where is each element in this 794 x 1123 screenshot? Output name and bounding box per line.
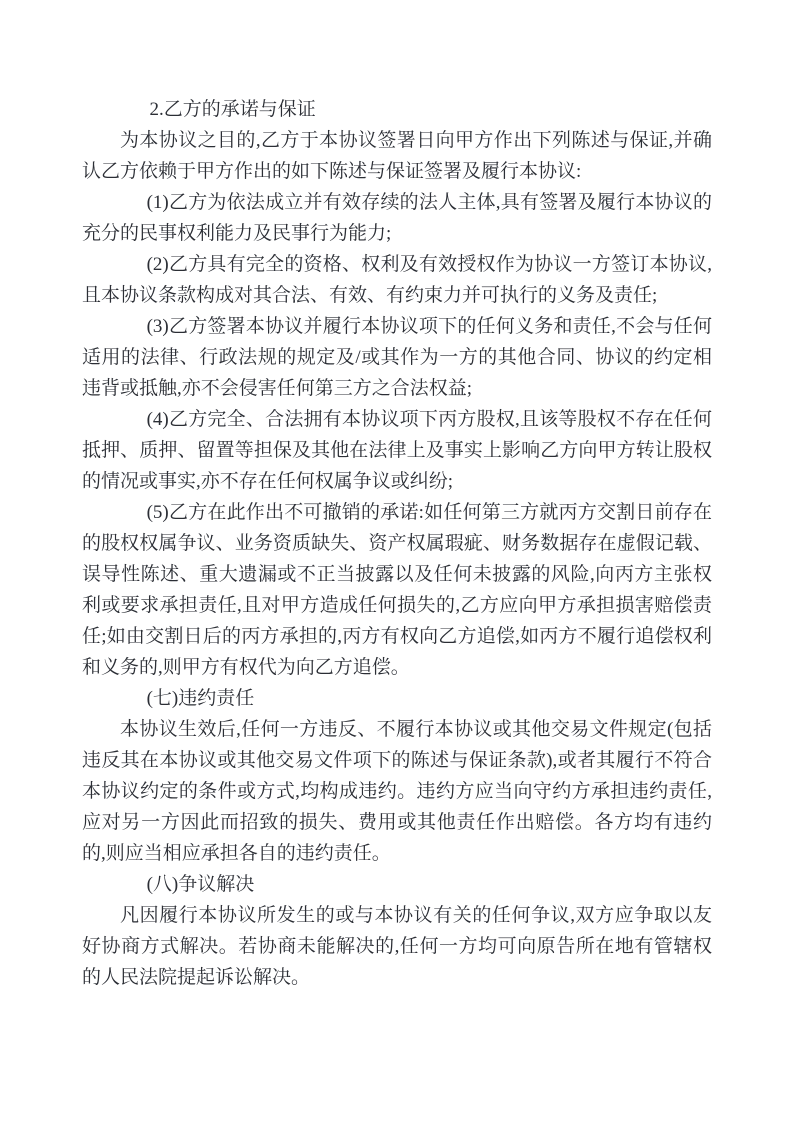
paragraph: 为本协议之目的,乙方于本协议签署日向甲方作出下列陈述与保证,并确认乙方依赖于甲方… [82,125,712,187]
item: (5)乙方在此作出不可撤销的承诺:如任何第三方就丙方交割日前存在的股权权属争议、… [82,497,712,683]
document-page: 2.乙方的承诺与保证为本协议之目的,乙方于本协议签署日向甲方作出下列陈述与保证,… [0,0,794,1123]
section-heading: (七)违约责任 [82,683,712,714]
paragraph: 本协议生效后,任何一方违反、不履行本协议或其他交易文件规定(包括违反其在本协议或… [82,714,712,869]
item: (3)乙方签署本协议并履行本协议项下的任何义务和责任,不会与任何适用的法律、行政… [82,311,712,404]
heading-numbered: 2.乙方的承诺与保证 [82,94,712,125]
item: (2)乙方具有完全的资格、权利及有效授权作为协议一方签订本协议,且本协议条款构成… [82,249,712,311]
document-body: 2.乙方的承诺与保证为本协议之目的,乙方于本协议签署日向甲方作出下列陈述与保证,… [82,94,712,993]
item: (4)乙方完全、合法拥有本协议项下丙方股权,且该等股权不存在任何抵押、质押、留置… [82,404,712,497]
section-heading: (八)争议解决 [82,869,712,900]
paragraph: 凡因履行本协议所发生的或与本协议有关的任何争议,双方应争取以友好协商方式解决。若… [82,900,712,993]
item: (1)乙方为依法成立并有效存续的法人主体,具有签署及履行本协议的充分的民事权利能… [82,187,712,249]
